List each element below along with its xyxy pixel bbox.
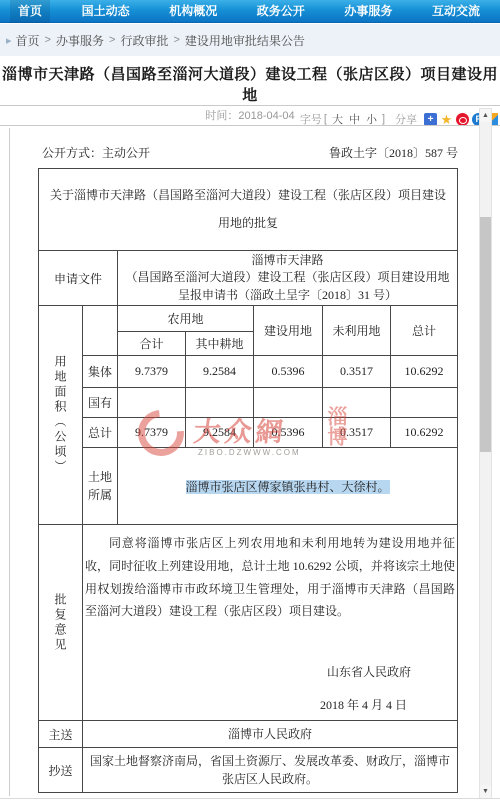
breadcrumb-admin-approval[interactable]: 行政审批 bbox=[120, 32, 168, 49]
total-farm-total: 9.7379 bbox=[118, 418, 186, 448]
header-construction-land: 建设用地 bbox=[254, 306, 323, 356]
approval-document-table: 关于淄博市天津路（昌国路至淄河大道段）建设工程（张店区段）项目建设 用地的批复 … bbox=[38, 168, 458, 793]
state-unused bbox=[323, 388, 391, 418]
apply-file-value: 淄博市天津路 （昌国路至淄河大道段）建设工程（张店区段）项目建设用地 呈报申请书… bbox=[118, 251, 458, 306]
table-row-land-ownership: 土地所属 淄博市张店区傅家镇张冉村、大徐村。 bbox=[39, 448, 458, 525]
breadcrumb-separator: > bbox=[45, 34, 51, 46]
breadcrumb-separator: > bbox=[109, 34, 115, 46]
state-construction bbox=[254, 388, 323, 418]
breadcrumb-result-notice[interactable]: 建设用地审批结果公告 bbox=[185, 32, 305, 49]
collective-total: 10.6292 bbox=[391, 356, 458, 388]
table-row-total: 总计 9.7379 9.2584 0.5396 0.3517 10.6292 bbox=[39, 418, 458, 448]
nav-item-land-news[interactable]: 国土动态 bbox=[74, 0, 138, 23]
publish-mode-row: 公开方式：主动公开 鲁政土字〔2018〕587 号 bbox=[42, 144, 458, 161]
header-farm-subtotal: 合计 bbox=[118, 332, 186, 356]
breadcrumb: ▸ 首页 > 办事服务 > 行政审批 > 建设用地审批结果公告 bbox=[0, 24, 500, 56]
header-farm-cultivated: 其中耕地 bbox=[186, 332, 254, 356]
scroll-up-icon[interactable]: ▲ bbox=[480, 109, 491, 122]
nav-item-gov-affairs[interactable]: 政务公开 bbox=[249, 0, 313, 23]
publish-mode: 公开方式：主动公开 bbox=[42, 144, 150, 161]
table-row-state-owned: 国有 bbox=[39, 388, 458, 418]
selected-text-highlight: 淄博市张店区傅家镇张冉村、大徐村。 bbox=[186, 480, 390, 494]
approval-date: 2018 年 4 月 4 日 bbox=[85, 696, 455, 713]
approval-opinion-content: 同意将淄博市张店区上列农用地和未利用地转为建设用地并征收，同时征收上列建设用地，… bbox=[83, 525, 458, 721]
area-side-label: 用地面积（公顷） bbox=[52, 355, 69, 475]
apply-file-label: 申请文件 bbox=[39, 251, 118, 306]
row-label-total: 总计 bbox=[83, 418, 118, 448]
nav-item-interaction[interactable]: 互动交流 bbox=[424, 0, 488, 23]
approval-opinion-body: 同意将淄博市张店区上列农用地和未利用地转为建设用地并征收，同时征收上列建设用地，… bbox=[85, 532, 455, 623]
collective-farm-total: 9.7379 bbox=[118, 356, 186, 388]
area-corner-cell bbox=[83, 306, 118, 356]
frame-left-border bbox=[9, 128, 10, 796]
collective-unused: 0.3517 bbox=[323, 356, 391, 388]
scroll-down-icon[interactable]: ▼ bbox=[480, 785, 491, 798]
table-row-copy-send: 抄送 国家土地督察济南局，省国土资源厅、发展改革委、财政厅，淄博市张店区人民政府… bbox=[39, 748, 458, 793]
publish-time-bar: 时间：2018-04-04 bbox=[0, 105, 500, 126]
nav-item-services[interactable]: 办事服务 bbox=[336, 0, 400, 23]
breadcrumb-arrow-icon: ▸ bbox=[6, 34, 12, 47]
breadcrumb-services[interactable]: 办事服务 bbox=[56, 32, 104, 49]
total-construction: 0.5396 bbox=[254, 418, 323, 448]
bottom-divider bbox=[0, 798, 500, 799]
state-farm-total bbox=[118, 388, 186, 418]
land-ownership-label: 土地所属 bbox=[83, 448, 118, 525]
table-row-main-send: 主送 淄博市人民政府 bbox=[39, 721, 458, 748]
approval-signer: 山东省人民政府 bbox=[85, 663, 455, 680]
document-frame: 公开方式：主动公开 鲁政土字〔2018〕587 号 关于淄博市天津路（昌国路至淄… bbox=[0, 126, 500, 798]
page-title: 淄博市天津路（昌国路至淄河大道段）建设工程（张店区段）项目建设用地 bbox=[0, 63, 500, 105]
state-cultivated bbox=[186, 388, 254, 418]
table-row-collective: 集体 9.7379 9.2584 0.5396 0.3517 10.6292 bbox=[39, 356, 458, 388]
total-cultivated: 9.2584 bbox=[186, 418, 254, 448]
breadcrumb-separator: > bbox=[173, 34, 179, 46]
approval-title: 关于淄博市天津路（昌国路至淄河大道段）建设工程（张店区段）项目建设 用地的批复 bbox=[39, 169, 458, 251]
state-total bbox=[391, 388, 458, 418]
area-side-label-cell: 用地面积（公顷） bbox=[39, 306, 83, 525]
header-unused-land: 未利用地 bbox=[323, 306, 391, 356]
header-total: 总计 bbox=[391, 306, 458, 356]
top-navigation: 首页 国土动态 机构概况 政务公开 办事服务 互动交流 bbox=[0, 0, 500, 23]
nav-item-home[interactable]: 首页 bbox=[10, 0, 50, 23]
document-number: 鲁政土字〔2018〕587 号 bbox=[329, 144, 458, 161]
total-total: 10.6292 bbox=[391, 418, 458, 448]
main-send-label: 主送 bbox=[39, 721, 83, 748]
row-label-state-owned: 国有 bbox=[83, 388, 118, 418]
page: 首页 国土动态 机构概况 政务公开 办事服务 互动交流 ▸ 首页 > 办事服务 … bbox=[0, 0, 500, 802]
nav-item-org-overview[interactable]: 机构概况 bbox=[161, 0, 225, 23]
total-unused: 0.3517 bbox=[323, 418, 391, 448]
scrollbar-thumb[interactable] bbox=[480, 217, 491, 452]
document-scrollbar[interactable]: ▲ ▼ bbox=[479, 108, 492, 799]
header-farmland: 农用地 bbox=[118, 306, 254, 332]
copy-send-label: 抄送 bbox=[39, 748, 83, 793]
approval-opinion-label-cell: 批复意见 bbox=[39, 525, 83, 721]
approval-opinion-label: 批复意见 bbox=[52, 593, 69, 653]
row-label-collective: 集体 bbox=[83, 356, 118, 388]
time-label: 时间： bbox=[205, 110, 238, 122]
collective-cultivated: 9.2584 bbox=[186, 356, 254, 388]
table-row-approval-opinion: 批复意见 同意将淄博市张店区上列农用地和未利用地转为建设用地并征收，同时征收上列… bbox=[39, 525, 458, 721]
collective-construction: 0.5396 bbox=[254, 356, 323, 388]
breadcrumb-home[interactable]: 首页 bbox=[16, 32, 40, 49]
copy-send-value: 国家土地督察济南局，省国土资源厅、发展改革委、财政厅，淄博市张店区人民政府。 bbox=[83, 748, 458, 793]
time-value: 2018-04-04 bbox=[238, 110, 294, 122]
main-send-value: 淄博市人民政府 bbox=[83, 721, 458, 748]
land-ownership-value-cell: 淄博市张店区傅家镇张冉村、大徐村。 bbox=[118, 448, 458, 525]
